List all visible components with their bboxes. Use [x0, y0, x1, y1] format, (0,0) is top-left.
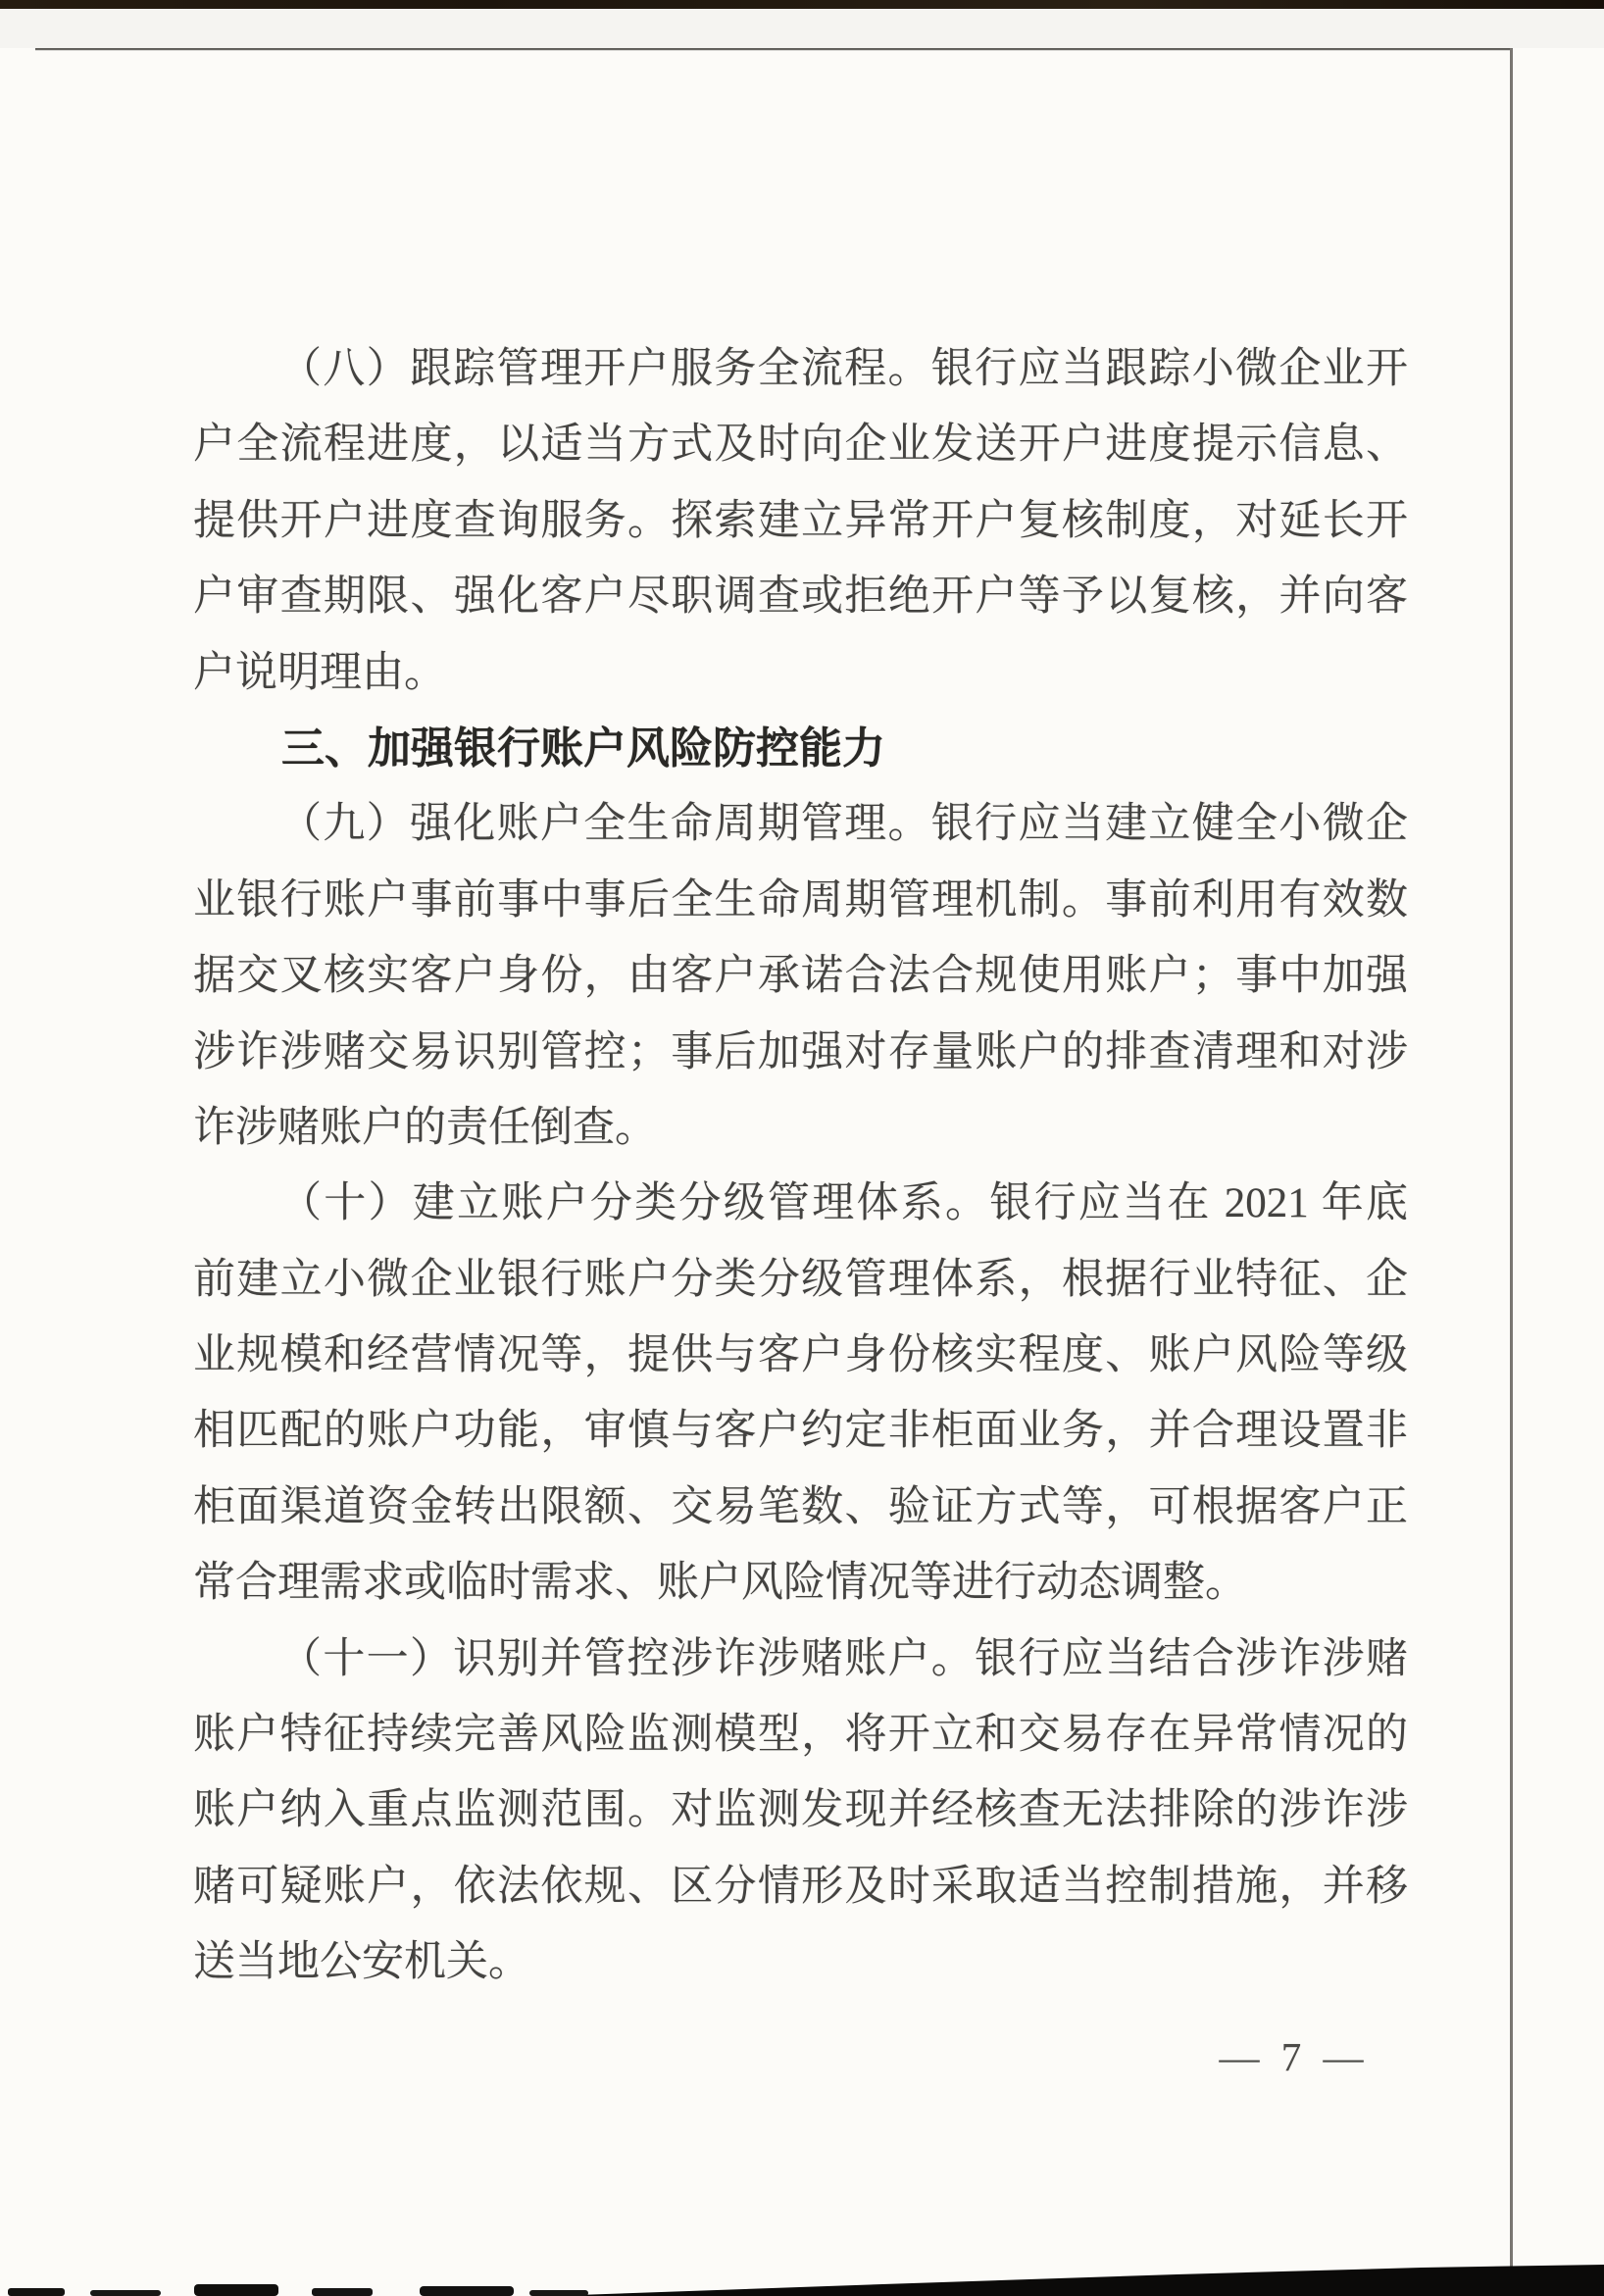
- text-line: 前建立小微企业银行账户分类分级管理体系，根据行业特征、企: [193, 1242, 1408, 1318]
- text-line: 户说明理由。: [193, 635, 1408, 711]
- text-line: （十一）识别并管控涉诈涉赌账户。银行应当结合涉诈涉赌: [193, 1622, 1408, 1697]
- text-line: 送当地公安机关。: [193, 1924, 1408, 2000]
- text-line: 常合理需求或临时需求、账户风险情况等进行动态调整。: [193, 1545, 1408, 1621]
- scan-top-band: [0, 9, 1604, 48]
- text-line: 涉诈涉赌交易识别管控；事后加强对存量账户的排查清理和对涉: [193, 1015, 1408, 1090]
- text-line: 赌可疑账户，依法依规、区分情形及时采取适当控制措施，并移: [193, 1849, 1408, 1924]
- text-line: 业规模和经营情况等，提供与客户身份核实程度、账户风险等级: [193, 1318, 1408, 1393]
- text-line: 柜面渠道资金转出限额、交易笔数、验证方式等，可根据客户正: [193, 1470, 1408, 1545]
- text-line: 户审查期限、强化客户尽职调查或拒绝开户等予以复核，并向客: [193, 559, 1408, 634]
- text-line: 提供开户进度查询服务。探索建立异常开户复核制度，对延长开: [193, 483, 1408, 559]
- text-line: （八）跟踪管理开户服务全流程。银行应当跟踪小微企业开: [193, 331, 1408, 407]
- text-line: 业银行账户事前事中事后全生命周期管理机制。事前利用有效数: [193, 863, 1408, 938]
- scanned-page: （八）跟踪管理开户服务全流程。银行应当跟踪小微企业开 户全流程进度，以适当方式及…: [0, 0, 1604, 2296]
- text-line: （十）建立账户分类分级管理体系。银行应当在 2021 年底: [193, 1166, 1408, 1241]
- scan-top-edge: [0, 0, 1604, 9]
- text-line: 账户纳入重点监测范围。对监测发现并经核查无法排除的涉诈涉: [193, 1772, 1408, 1848]
- text-line: 户全流程进度，以适当方式及时向企业发送开户进度提示信息、: [193, 407, 1408, 482]
- text-line: （九）强化账户全生命周期管理。银行应当建立健全小微企: [193, 786, 1408, 862]
- text-line: 诈涉赌账户的责任倒查。: [193, 1090, 1408, 1166]
- text-line: 据交叉核实客户身份，由客户承诺合法合规使用账户；事中加强: [193, 938, 1408, 1014]
- section-heading: 三、加强银行账户风险防控能力: [193, 711, 1408, 786]
- document-body: （八）跟踪管理开户服务全流程。银行应当跟踪小微企业开 户全流程进度，以适当方式及…: [193, 331, 1408, 2001]
- text-line: 相匹配的账户功能，审慎与客户约定非柜面业务，并合理设置非: [193, 1393, 1408, 1469]
- scan-bottom-artifact: [0, 2255, 1604, 2296]
- page-frame-right-rule: [1510, 48, 1513, 2267]
- page-number: — 7 —: [1177, 2031, 1412, 2082]
- page-frame-top-rule: [35, 48, 1512, 50]
- text-line: 账户特征持续完善风险监测模型，将开立和交易存在异常情况的: [193, 1697, 1408, 1772]
